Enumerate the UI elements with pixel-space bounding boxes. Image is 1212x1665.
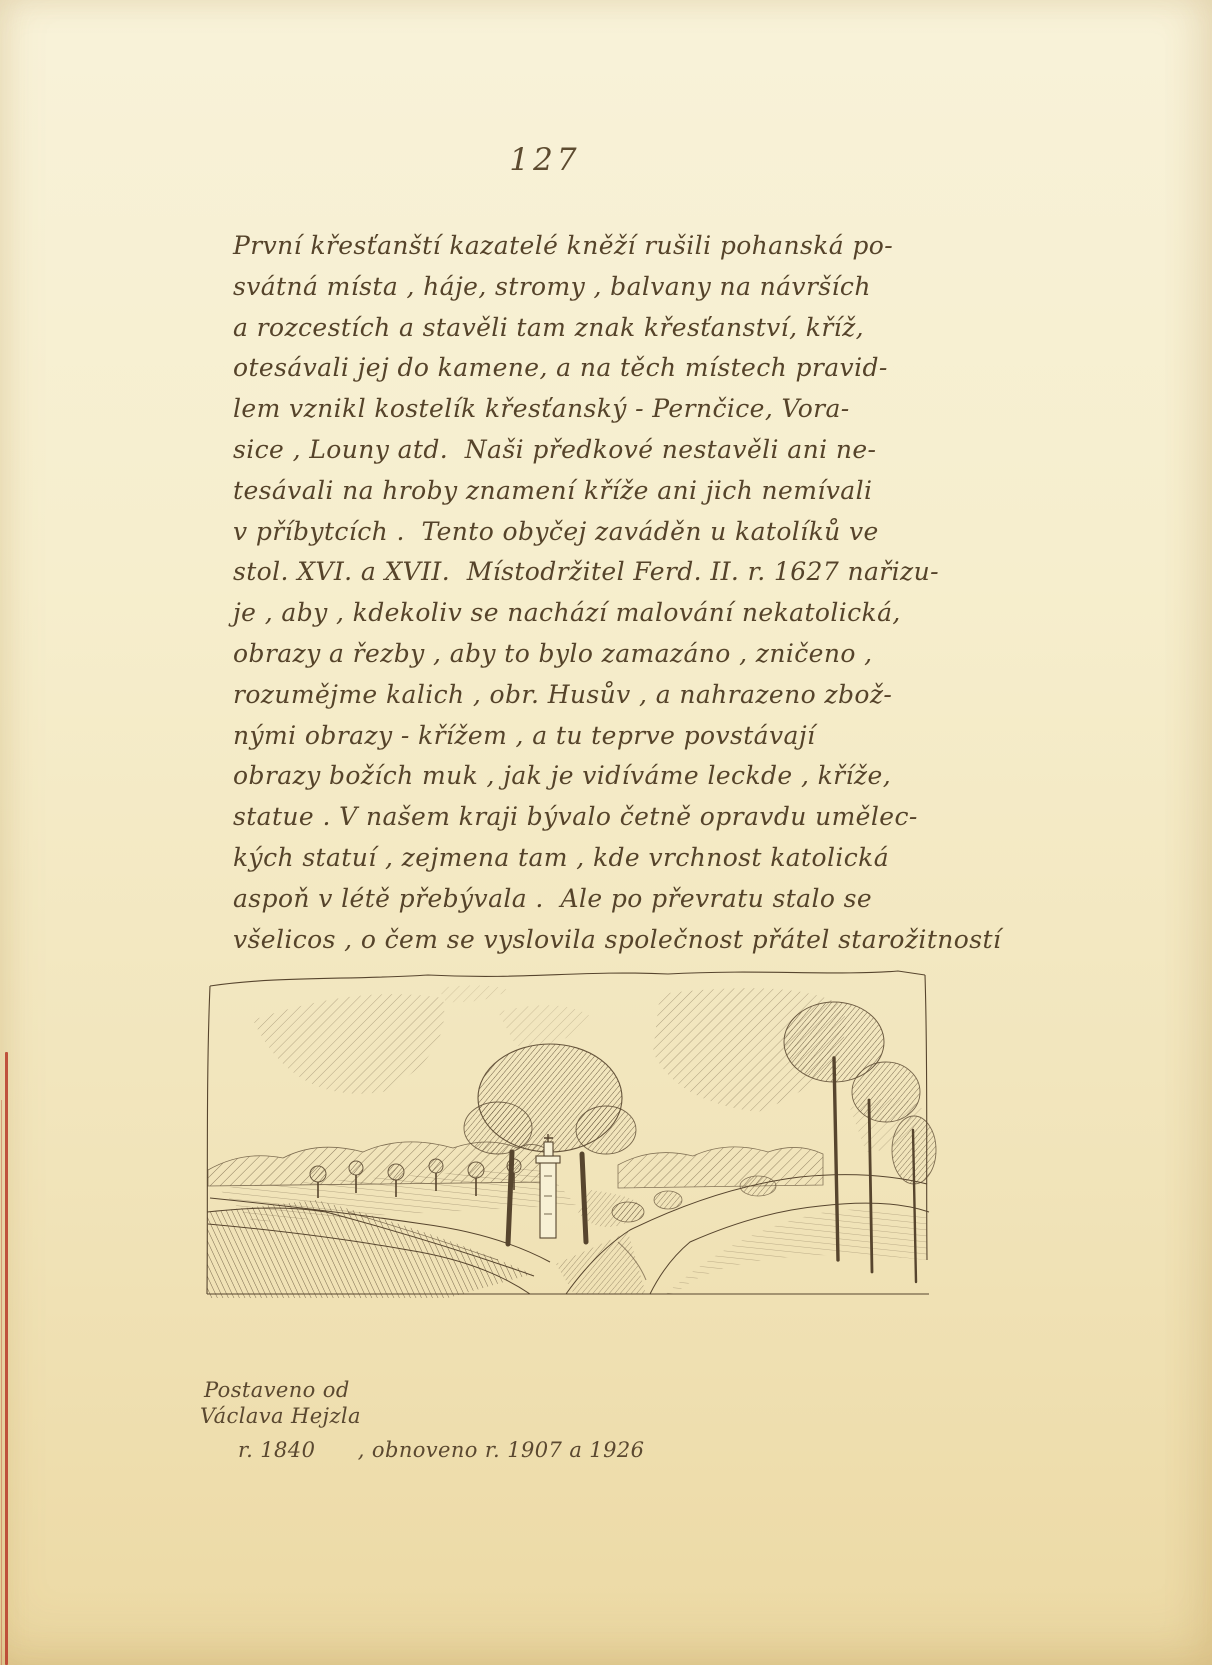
illustration-caption-line: Postaveno od [204, 1378, 350, 1402]
page-number: 127 [495, 142, 595, 178]
manuscript-line: svátná místa , háje, stromy , balvany na… [233, 267, 988, 308]
manuscript-line: a rozcestích a stavěli tam znak křesťans… [233, 308, 988, 349]
binding-red-line-faint [1, 1100, 2, 1665]
manuscript-line: otesávali jej do kamene, a na těch míste… [233, 348, 988, 389]
manuscript-line: obrazy a řezby , aby to bylo zamazáno , … [233, 634, 988, 675]
manuscript-line: aspoň v létě přebývala . Ale po převratu… [233, 879, 988, 920]
manuscript-line: všelicos , o čem se vyslovila společnost… [233, 920, 988, 961]
manuscript-line: tesávali na hroby znamení kříže ani jich… [233, 471, 988, 512]
manuscript-line: nými obrazy - křížem , a tu teprve povst… [233, 716, 988, 757]
manuscript-line: je , aby , kdekoliv se nachází malování … [233, 593, 988, 634]
binding-red-line [5, 1052, 8, 1665]
manuscript-line: sice , Louny atd. Naši předkové nestavěl… [233, 430, 988, 471]
manuscript-line: obrazy božích muk , jak je vidíváme leck… [233, 756, 988, 797]
manuscript-line: rozumějme kalich , obr. Husův , a nahraz… [233, 675, 988, 716]
manuscript-line: statue . V našem kraji bývalo četně opra… [233, 797, 988, 838]
illustration-caption-line: r. 1840 , obnoveno r. 1907 a 1926 [238, 1438, 644, 1462]
manuscript-line: v příbytcích . Tento obyčej zaváděn u ka… [233, 512, 988, 553]
manuscript-line: První křesťanští kazatelé kněží rušili p… [233, 226, 988, 267]
illustration-caption-line: Václava Hejzla [200, 1404, 361, 1428]
manuscript-text-block: První křesťanští kazatelé kněží rušili p… [233, 226, 988, 960]
manuscript-line: lem vznikl kostelík křesťanský - Pernčic… [233, 389, 988, 430]
manuscript-line: stol. XVI. a XVII. Místodržitel Ferd. II… [233, 552, 988, 593]
manuscript-line: kých statuí , zejmena tam , kde vrchnost… [233, 838, 988, 879]
manuscript-page: 127 První křesťanští kazatelé kněží ruši… [0, 0, 1212, 1665]
landscape-ink-drawing [198, 960, 938, 1302]
